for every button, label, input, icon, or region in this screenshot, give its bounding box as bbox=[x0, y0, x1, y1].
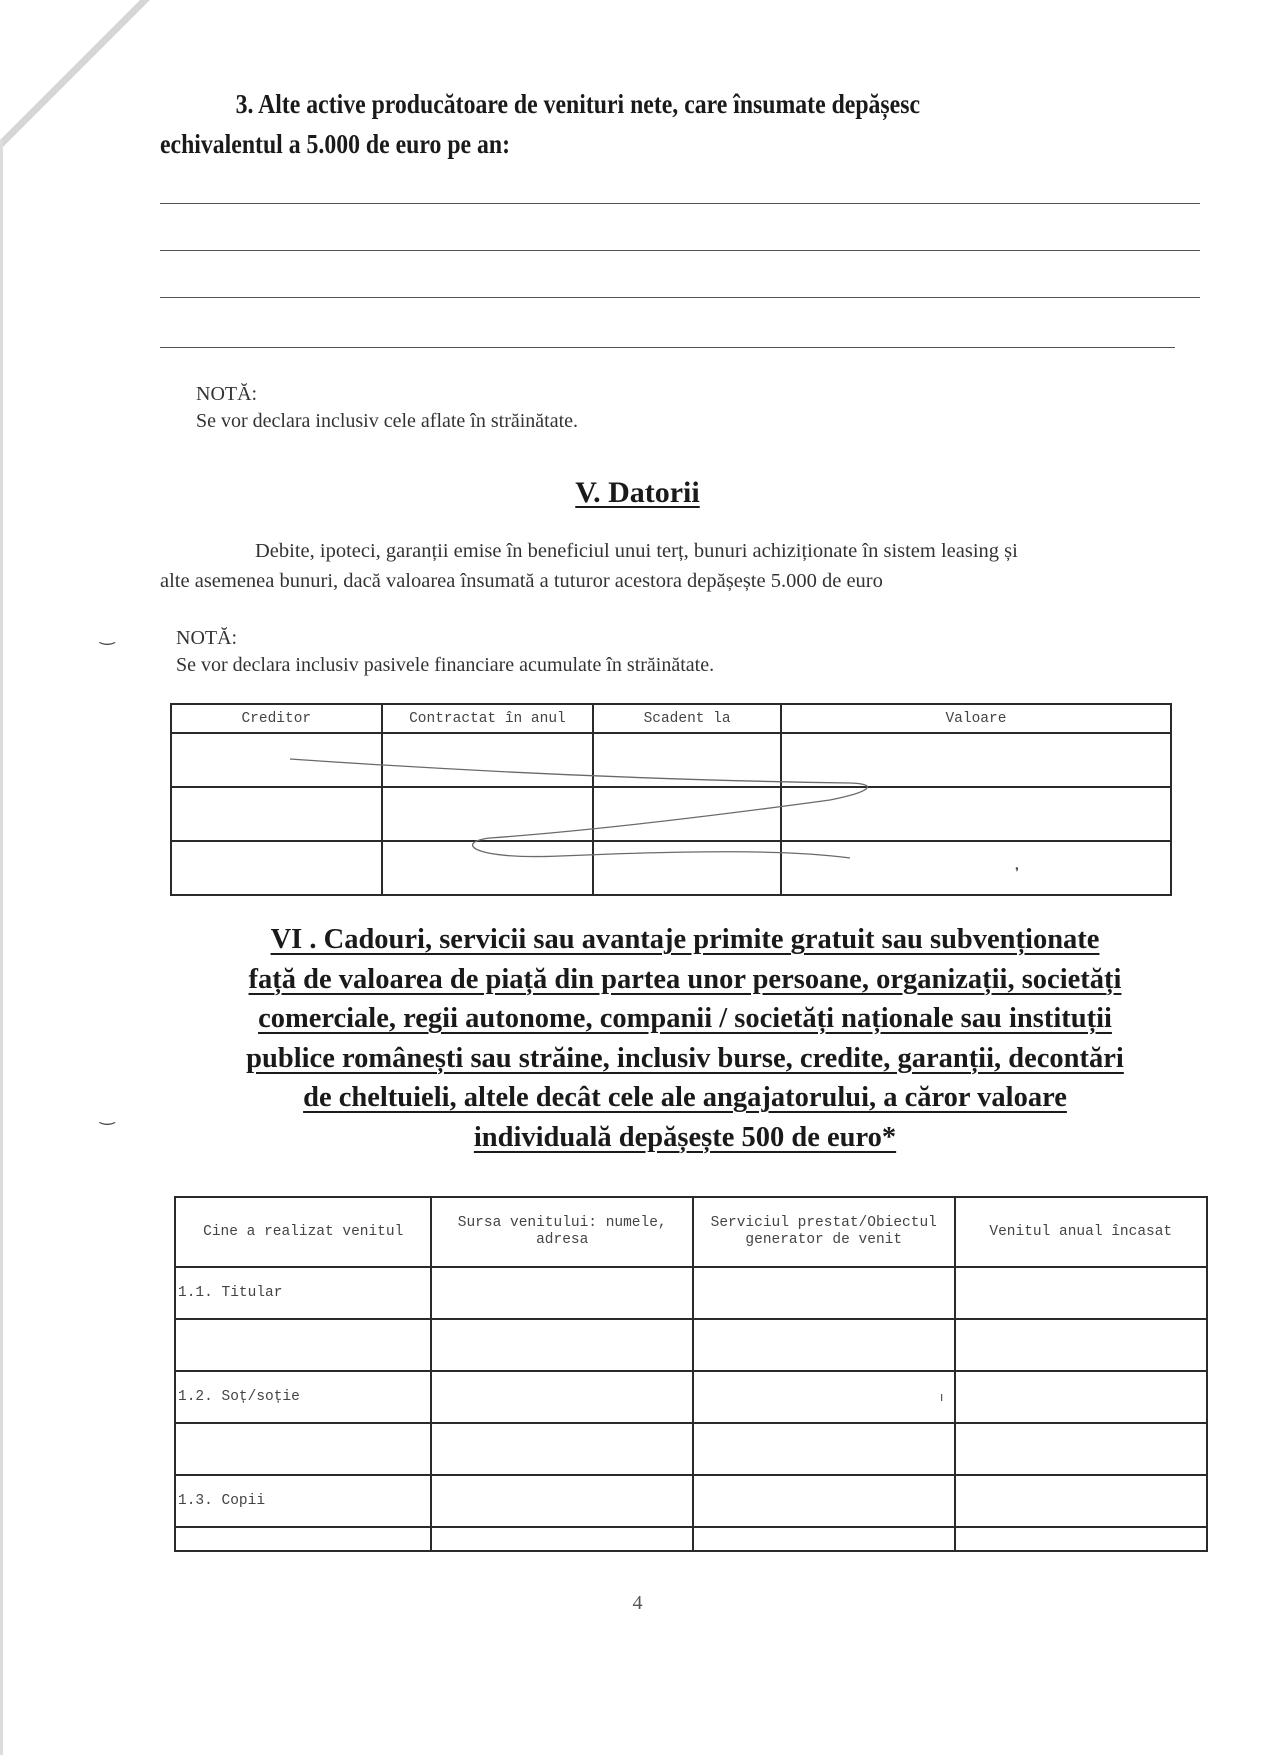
header-creditor: Creditor bbox=[171, 704, 382, 733]
table-row bbox=[171, 841, 1171, 895]
section-vi-title-line: individuală depășește 500 de euro* bbox=[474, 1122, 896, 1153]
blank-line-4[interactable] bbox=[160, 347, 1175, 348]
header-service-object: Serviciul prestat/Obiectul generator de … bbox=[693, 1197, 955, 1267]
header-annual-income: Venitul anual încasat bbox=[955, 1197, 1207, 1267]
row-label-titular: 1.1. Titular bbox=[175, 1267, 431, 1319]
section-vi-title-line: publice românești sau străine, inclusiv … bbox=[246, 1043, 1124, 1074]
table-cell[interactable] bbox=[431, 1527, 692, 1551]
page-number: 4 bbox=[0, 1592, 1275, 1615]
table-row: 1.3. Copii bbox=[175, 1475, 1207, 1527]
blank-line-1[interactable] bbox=[160, 203, 1200, 204]
table-cell[interactable] bbox=[693, 1319, 955, 1371]
table-cell[interactable] bbox=[693, 1423, 955, 1475]
section-v-paragraph-line1: Debite, ipoteci, garanții emise în benef… bbox=[255, 540, 1018, 562]
nota-label: NOTĂ: bbox=[196, 381, 578, 408]
table-cell[interactable] bbox=[431, 1319, 692, 1371]
margin-mark: ‿ bbox=[100, 1105, 114, 1126]
table-cell[interactable] bbox=[593, 841, 781, 895]
margin-mark: ‿ bbox=[100, 625, 114, 646]
section-3-heading: 3. Alte active producătoare de venituri … bbox=[160, 84, 1005, 164]
debts-table-header: Creditor Contractat în anul Scadent la V… bbox=[171, 704, 1171, 733]
header-who-earned: Cine a realizat venitul bbox=[175, 1197, 431, 1267]
section-3-title-line2: echivalentul a 5.000 de euro pe an: bbox=[160, 129, 510, 159]
table-cell[interactable] bbox=[382, 841, 594, 895]
section-v-title: V. Datorii bbox=[0, 476, 1275, 510]
table-cell[interactable] bbox=[955, 1527, 1207, 1551]
table-cell[interactable] bbox=[175, 1527, 431, 1551]
nota-label: NOTĂ: bbox=[176, 625, 714, 652]
section-v-paragraph-line2: alte asemenea bunuri, dacă valoarea însu… bbox=[160, 570, 883, 592]
table-cell[interactable] bbox=[955, 1371, 1207, 1423]
header-contracted-year: Contractat în anul bbox=[382, 704, 594, 733]
header-due-date: Scadent la bbox=[593, 704, 781, 733]
section-vi-title-line: VI . Cadouri, servicii sau avantaje prim… bbox=[271, 924, 1100, 955]
header-value: Valoare bbox=[781, 704, 1171, 733]
blank-line-3[interactable] bbox=[160, 297, 1200, 298]
pen-mark: ❜ bbox=[1015, 865, 1019, 879]
table-cell[interactable] bbox=[955, 1475, 1207, 1527]
table-cell[interactable] bbox=[171, 841, 382, 895]
table-row bbox=[175, 1423, 1207, 1475]
nota-foreign-liabilities: NOTĂ: Se vor declara inclusiv pasivele f… bbox=[176, 625, 714, 679]
table-cell[interactable] bbox=[431, 1371, 692, 1423]
debts-table: Creditor Contractat în anul Scadent la V… bbox=[170, 703, 1172, 896]
section-vi-title-line: de cheltuieli, altele decât cele ale ang… bbox=[303, 1082, 1067, 1113]
table-cell[interactable] bbox=[175, 1319, 431, 1371]
table-cell[interactable] bbox=[171, 787, 382, 841]
table-cell[interactable] bbox=[955, 1319, 1207, 1371]
nota-text: Se vor declara inclusiv pasivele financi… bbox=[176, 652, 714, 679]
table-row bbox=[171, 787, 1171, 841]
table-cell[interactable] bbox=[955, 1267, 1207, 1319]
blank-line-2[interactable] bbox=[160, 250, 1200, 251]
section-vi-title-line: comerciale, regii autonome, companii / s… bbox=[258, 1003, 1112, 1034]
table-cell[interactable] bbox=[955, 1423, 1207, 1475]
section-v-title-text: V. Datorii bbox=[575, 476, 699, 509]
section-3-number: 3. bbox=[236, 89, 254, 119]
table-cell[interactable] bbox=[593, 787, 781, 841]
table-row bbox=[175, 1319, 1207, 1371]
table-cell[interactable] bbox=[431, 1423, 692, 1475]
table-cell[interactable] bbox=[431, 1267, 692, 1319]
table-cell[interactable] bbox=[693, 1267, 955, 1319]
table-cell[interactable] bbox=[431, 1475, 692, 1527]
table-row: 1.2. Soț/soție bbox=[175, 1371, 1207, 1423]
nota-text: Se vor declara inclusiv cele aflate în s… bbox=[196, 408, 578, 435]
nota-foreign-assets: NOTĂ: Se vor declara inclusiv cele aflat… bbox=[196, 381, 578, 435]
row-label-children: 1.3. Copii bbox=[175, 1475, 431, 1527]
scan-page-corner-fill bbox=[0, 0, 140, 140]
table-cell[interactable] bbox=[593, 733, 781, 787]
section-v-description: Debite, ipoteci, garanții emise în benef… bbox=[160, 536, 1200, 596]
gifts-table: Cine a realizat venitul Sursa venitului:… bbox=[174, 1196, 1208, 1552]
table-row: 1.1. Titular bbox=[175, 1267, 1207, 1319]
table-cell[interactable] bbox=[382, 787, 594, 841]
table-cell[interactable] bbox=[693, 1475, 955, 1527]
table-cell[interactable] bbox=[781, 841, 1171, 895]
header-income-source: Sursa venitului: numele, adresa bbox=[431, 1197, 692, 1267]
table-cell[interactable] bbox=[382, 733, 594, 787]
table-cell[interactable] bbox=[781, 787, 1171, 841]
table-row bbox=[175, 1527, 1207, 1551]
scan-edge bbox=[0, 140, 3, 1755]
table-row bbox=[171, 733, 1171, 787]
row-label-spouse: 1.2. Soț/soție bbox=[175, 1371, 431, 1423]
table-cell[interactable] bbox=[693, 1527, 955, 1551]
table-cell[interactable] bbox=[171, 733, 382, 787]
table-cell[interactable] bbox=[693, 1371, 955, 1423]
section-3-title-line1: Alte active producătoare de venituri net… bbox=[258, 89, 920, 119]
table-cell[interactable] bbox=[175, 1423, 431, 1475]
gifts-table-header: Cine a realizat venitul Sursa venitului:… bbox=[175, 1197, 1207, 1267]
section-vi-title-line: față de valoarea de piață din partea uno… bbox=[249, 964, 1122, 995]
table-cell[interactable] bbox=[781, 733, 1171, 787]
section-vi-title: VI . Cadouri, servicii sau avantaje prim… bbox=[160, 920, 1210, 1157]
